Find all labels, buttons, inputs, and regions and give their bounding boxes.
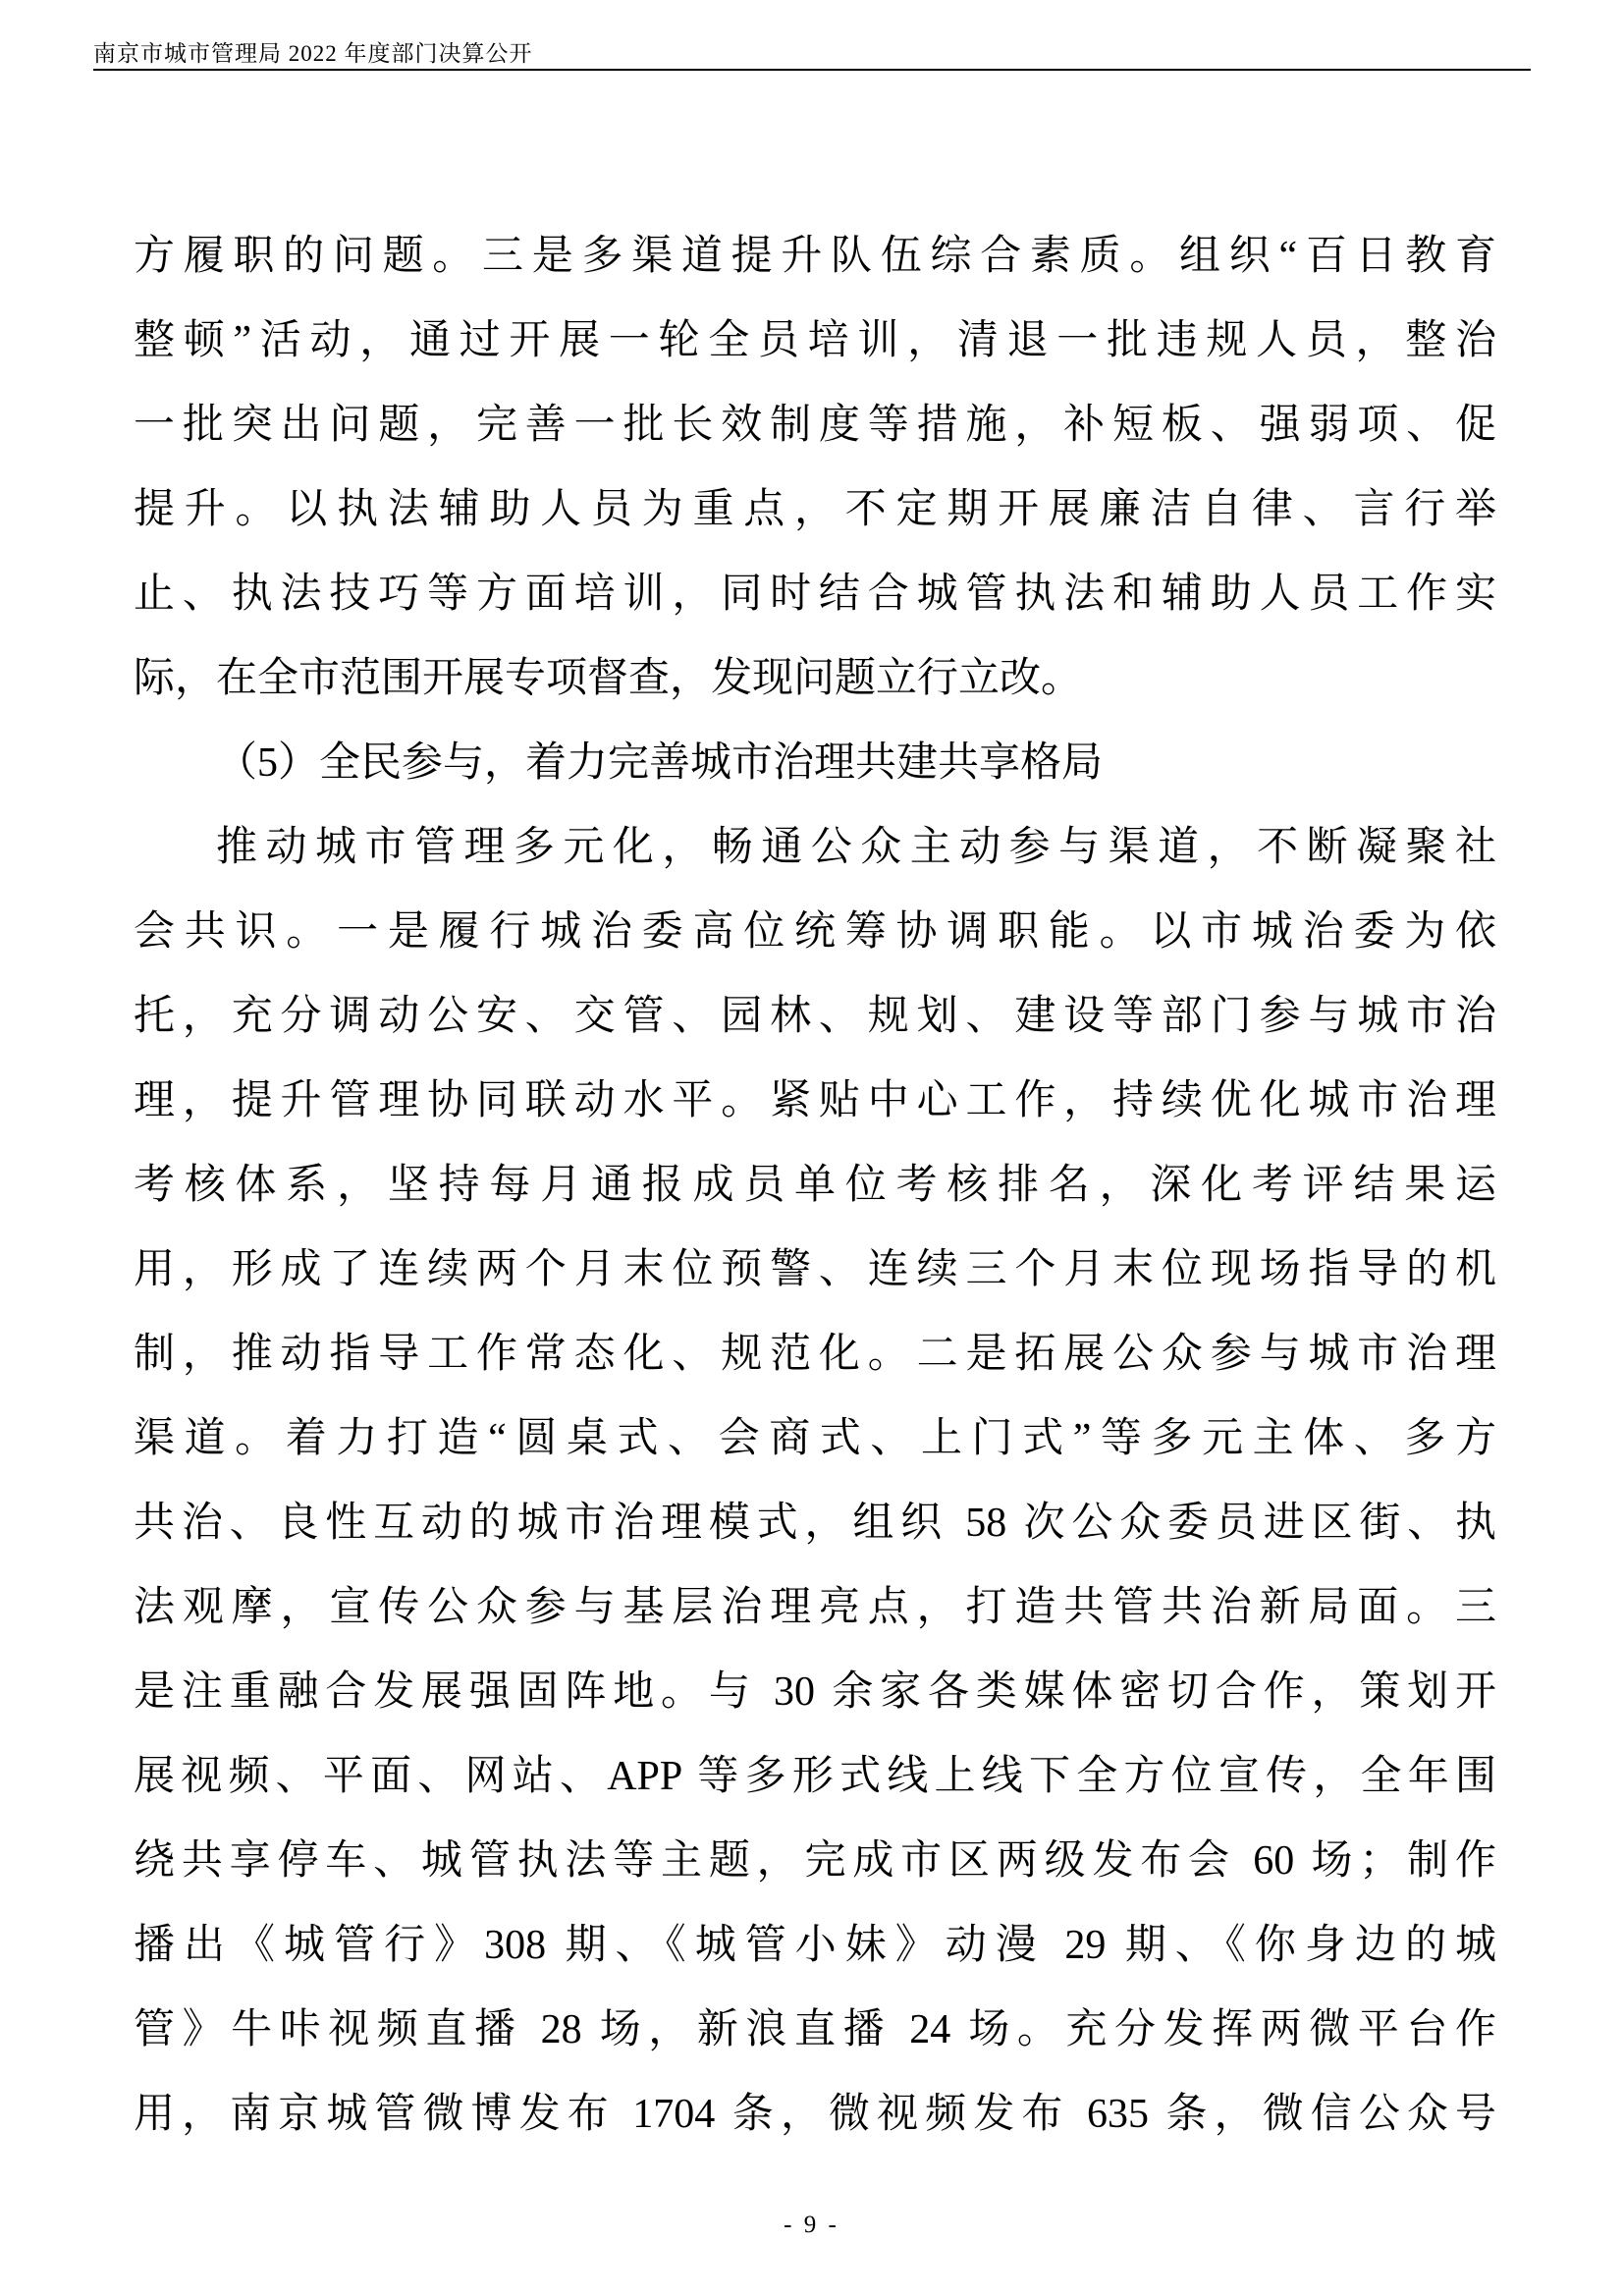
document-body: 方履职的问题。三是多渠道提升队伍综合素质。组织“百日教育 整顿”活动，通过开展一… <box>134 214 1496 2157</box>
body-line-5: 止、执法技巧等方面培训，同时结合城管执法和辅助人员工作实 <box>134 552 1496 636</box>
body-line-20: 绕共享停车、城管执法等主题，完成市区两级发布会 60 场；制作 <box>134 1819 1496 1903</box>
body-line-4: 提升。以执法辅助人员为重点，不定期开展廉洁自律、言行举 <box>134 467 1496 552</box>
body-line-7: （5）全民参与，着力完善城市治理共建共享格局 <box>134 721 1496 805</box>
body-line-2: 整顿”活动，通过开展一轮全员培训，清退一批违规人员，整治 <box>134 299 1496 383</box>
page-footer: - 9 - <box>0 2212 1623 2239</box>
body-line-17: 法观摩，宣传公众参与基层治理亮点，打造共管共治新局面。三 <box>134 1565 1496 1650</box>
body-line-15: 渠道。着力打造“圆桌式、会商式、上门式”等多元主体、多方 <box>134 1396 1496 1481</box>
body-line-14: 制，推动指导工作常态化、规范化。二是拓展公众参与城市治理 <box>134 1312 1496 1396</box>
body-line-3: 一批突出问题，完善一批长效制度等措施，补短板、强弱项、促 <box>134 383 1496 467</box>
body-line-19: 展视频、平面、网站、APP 等多形式线上线下全方位宣传，全年围 <box>134 1734 1496 1819</box>
header-title: 南京市城市管理局 2022 年度部门决算公开 <box>93 41 533 66</box>
body-line-6: 际，在全市范围开展专项督查，发现问题立行立改。 <box>134 636 1496 721</box>
body-line-22: 管》牛咔视频直播 28 场，新浪直播 24 场。充分发挥两微平台作 <box>134 1988 1496 2072</box>
body-line-1: 方履职的问题。三是多渠道提升队伍综合素质。组织“百日教育 <box>134 214 1496 299</box>
body-line-10: 托，充分调动公安、交管、园林、规划、建设等部门参与城市治 <box>134 974 1496 1059</box>
body-line-11: 理，提升管理协同联动水平。紧贴中心工作，持续优化城市治理 <box>134 1059 1496 1143</box>
body-line-16: 共治、良性互动的城市治理模式，组织 58 次公众委员进区街、执 <box>134 1481 1496 1565</box>
header-divider <box>93 69 1531 71</box>
body-line-9: 会共识。一是履行城治委高位统筹协调职能。以市城治委为依 <box>134 890 1496 974</box>
page-header: 南京市城市管理局 2022 年度部门决算公开 <box>93 35 533 68</box>
body-line-13: 用，形成了连续两个月末位预警、连续三个月末位现场指导的机 <box>134 1228 1496 1312</box>
body-line-12: 考核体系，坚持每月通报成员单位考核排名，深化考评结果运 <box>134 1143 1496 1228</box>
body-line-23: 用，南京城管微博发布 1704 条，微视频发布 635 条，微信公众号 <box>134 2072 1496 2157</box>
body-line-18: 是注重融合发展强固阵地。与 30 余家各类媒体密切合作，策划开 <box>134 1650 1496 1734</box>
document-page: 南京市城市管理局 2022 年度部门决算公开 方履职的问题。三是多渠道提升队伍综… <box>0 0 1623 2296</box>
body-line-21: 播出《城管行》308 期、《城管小妹》动漫 29 期、《你身边的城 <box>134 1903 1496 1988</box>
body-line-8: 推动城市管理多元化，畅通公众主动参与渠道，不断凝聚社 <box>134 805 1496 890</box>
page-number: - 9 - <box>784 2212 839 2238</box>
